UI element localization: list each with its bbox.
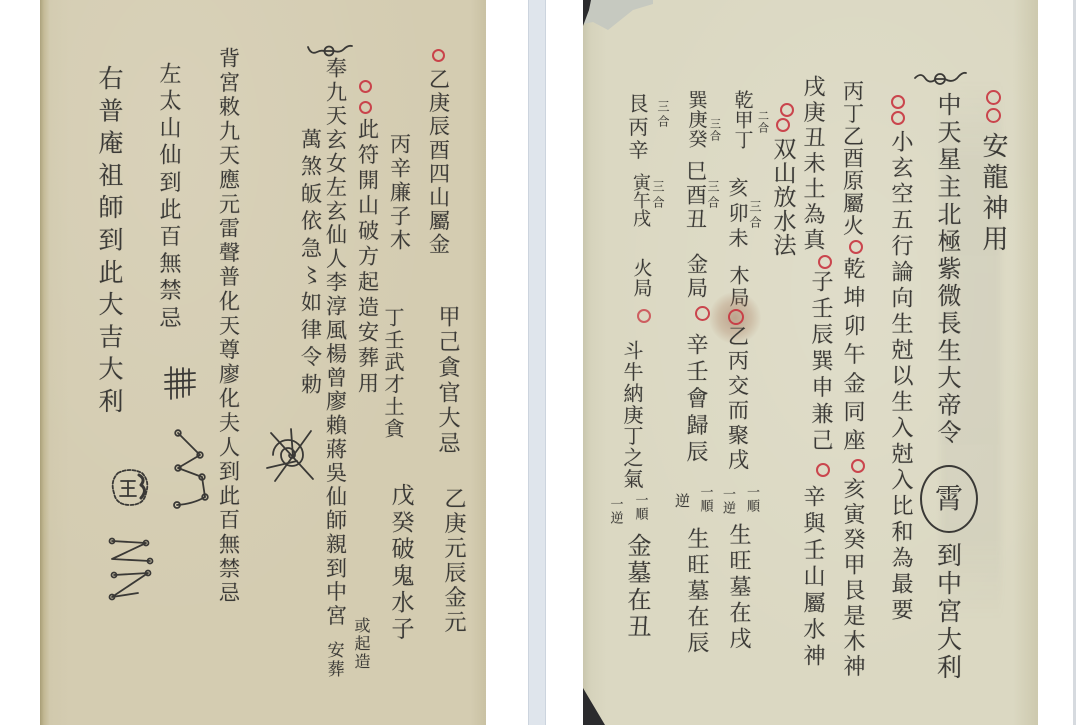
left-deity-column: 左太山仙到此百無禁忌 — [157, 62, 179, 333]
grid-talisman-icon — [163, 365, 197, 400]
torn-corner-bottom — [583, 688, 605, 725]
group-fire-ni: 一逆 — [609, 497, 622, 525]
red-circle-marker — [986, 90, 1001, 105]
decree-line: 中天星主北極紫微長生大帝令 — [935, 92, 959, 447]
group-fire-flow: 斗牛納庚丁之氣 — [622, 340, 642, 490]
red-circle-marker — [891, 111, 905, 125]
red-circle-marker — [359, 80, 372, 93]
red-circle-marker — [776, 118, 790, 132]
verse-metal: 乾坤卯午金同座 — [841, 257, 863, 457]
red-circle-marker — [816, 463, 830, 477]
page-title: 安龍神用 — [980, 132, 1006, 256]
group-metal-stems: 巽庚癸 — [687, 90, 706, 149]
verse-water-stems: 子壬辰巽申兼己 — [809, 270, 831, 455]
verse-earth: 戌庚丑未土為真 — [801, 75, 823, 254]
group-wood-tomb: 生旺墓在戌 — [727, 523, 749, 653]
red-circle-marker — [728, 309, 744, 325]
stem-pair-jia-ji: 甲己貪官大忌 — [436, 305, 458, 457]
page-splitter-handle[interactable] — [528, 0, 546, 725]
invocation-note-burial: 安葬 — [325, 641, 342, 679]
circle-cross-talisman-icon — [267, 427, 317, 483]
linked-circles-talisman-icon — [173, 430, 207, 510]
torn-corner-top — [583, 0, 653, 36]
red-circle-marker — [891, 95, 905, 109]
group-wood-branches-note: 三合 — [749, 200, 761, 232]
back-palace-column: 背宮敕九天應元雷聲普化天尊廖化夫人到此百無禁忌 — [218, 47, 239, 606]
circled-seal: 霄 — [920, 465, 978, 533]
seal-talisman-icon — [110, 467, 150, 507]
group-wood-shun: 一順 — [745, 485, 758, 513]
group-metal-stems-note: 三合 — [710, 118, 721, 142]
decree-tail: 到中宮大利 — [936, 542, 961, 682]
verse-fire: 丙丁乙酉原屬火 — [842, 80, 863, 237]
xuankong-heading: 小玄空五行論向生尅以生入尅入比和為最要 — [889, 130, 911, 624]
group-fire-branches: 寅午戌 — [631, 173, 649, 227]
group-metal-branches: 巳酉丑 — [685, 160, 706, 232]
red-circle-marker — [851, 459, 865, 473]
red-circle-marker — [432, 49, 445, 62]
red-circle-marker — [637, 309, 651, 323]
group-wood-stems: 乾甲丁 — [733, 90, 752, 150]
verse-water: 辛與壬山屬水神 — [801, 485, 823, 671]
group-fire-ju: 火局 — [632, 258, 651, 298]
red-circle-marker — [695, 306, 710, 321]
red-circle-marker — [780, 103, 794, 117]
group-fire-shun: 一順 — [634, 493, 647, 521]
group-fire-stems-note: 三合 — [657, 100, 669, 130]
verse-wood: 亥寅癸甲艮是木神 — [841, 477, 863, 680]
group-wood-flow: 乙丙交而聚戌 — [727, 325, 748, 473]
stem-pair-wu-gui: 戊癸破鬼水子 — [389, 483, 412, 643]
invocation-note-construction: 或起造 — [353, 617, 369, 671]
red-circle-marker — [359, 101, 372, 114]
ornament-loop-icon — [913, 70, 967, 87]
group-wood-stems-note: 二合 — [758, 110, 769, 134]
water-method-heading: 双山放水法 — [771, 137, 794, 257]
heading-four-mountains-metal: 乙庚辰酉四山屬金 — [428, 68, 449, 257]
group-metal-flow: 辛壬會歸辰 — [684, 333, 706, 467]
group-metal-branches-note: 三合 — [707, 180, 719, 212]
left-manuscript-page: 乙庚辰酉四山屬金 甲己貪官大忌 乙庚元辰金元 丙辛廉子木 丁壬武才土貪 戊癸破鬼… — [40, 0, 486, 725]
group-metal-tomb: 生旺墓在辰 — [685, 527, 707, 657]
right-manuscript-page: 安龍神用 中天星主北極紫微長生大帝令 霄 到中宮大利 小玄空五行論向生尅以生入尅… — [583, 0, 1038, 725]
group-fire-stems: 艮丙辛 — [627, 93, 647, 163]
group-fire-branches-note: 三合 — [652, 180, 664, 212]
seal-character: 霄 — [935, 485, 963, 513]
group-metal-ni: 逆 — [674, 493, 689, 509]
red-circle-marker — [849, 240, 863, 254]
stem-pair-yi-geng: 乙庚元辰金元 — [442, 487, 464, 635]
stem-pair-ding-ren: 丁壬武才土貪 — [383, 307, 403, 440]
group-metal-ju: 金局 — [686, 253, 707, 301]
red-circle-marker — [986, 108, 1001, 123]
right-deity-column: 右普庵祖師到此大吉大利 — [97, 65, 122, 420]
group-wood-branches: 亥卯未 — [727, 177, 747, 253]
stem-pair-bing-xin: 丙辛廉子木 — [389, 133, 410, 253]
command-column: 萬煞皈依急〻如律令勅 — [300, 128, 321, 400]
invocation-column: 奉九天玄女左玄仙人李淳風楊曾廖賴蔣吳仙師親到中宮 — [325, 57, 346, 628]
wave-talisman-icon — [108, 537, 153, 600]
ornament-loop-icon — [307, 43, 353, 57]
group-fire-tomb: 金墓在丑 — [625, 533, 649, 641]
red-circle-marker — [818, 255, 832, 269]
group-wood-ni: 一逆 — [721, 487, 734, 515]
group-metal-shun: 一順 — [699, 485, 712, 513]
talisman-usage-note: 此符開山破方起造安葬用 — [357, 118, 378, 397]
